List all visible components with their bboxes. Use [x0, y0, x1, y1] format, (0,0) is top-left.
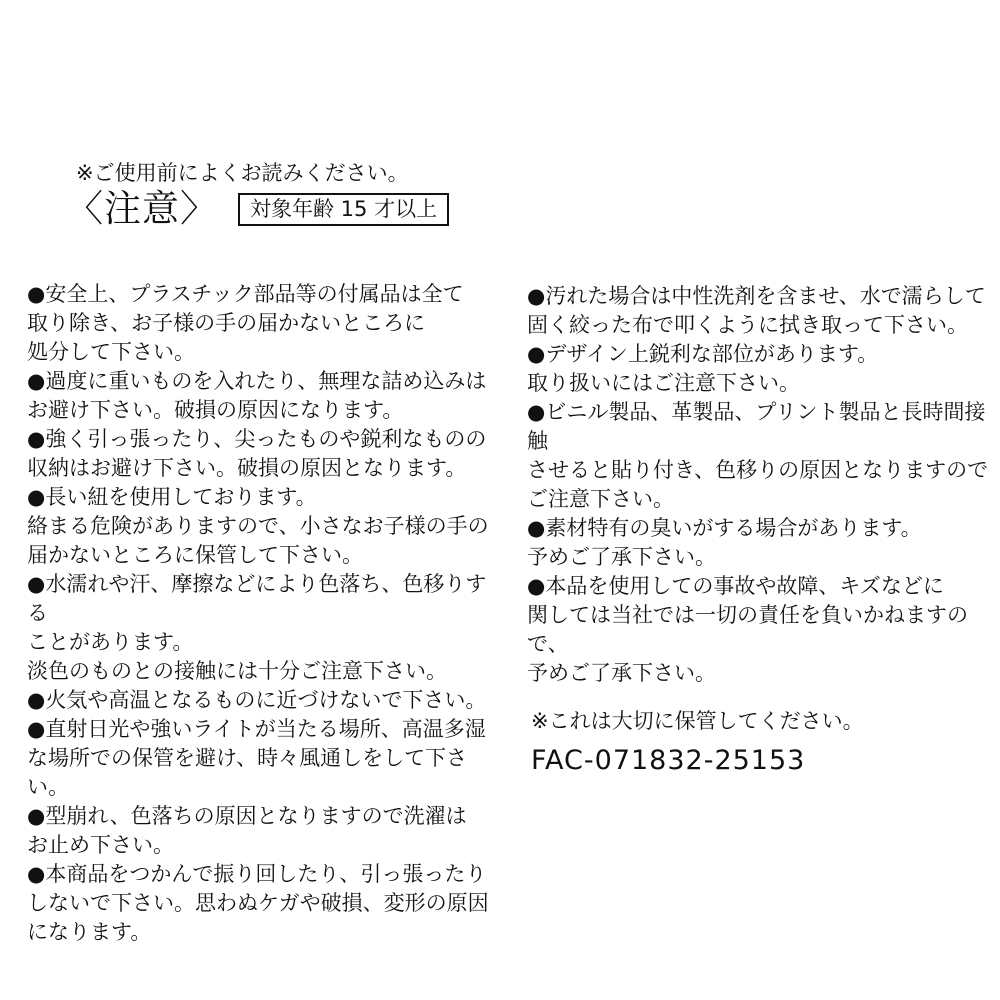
- notice-item: ●ビニル製品、革製品、プリント製品と長時間接触 させると貼り付き、色移りの原因と…: [527, 398, 995, 514]
- notice-item: ●本商品をつかんで振り回したり、引っ張ったり しないで下さい。思わぬケガや破損、…: [27, 860, 495, 947]
- notice-item: ●安全上、プラスチック部品等の付属品は全て 取り除き、お子様の手の届かないところ…: [27, 280, 495, 367]
- notice-item: ●汚れた場合は中性洗剤を含ませ、水で濡らして 固く絞った布で叩くように拭き取って…: [527, 282, 995, 340]
- notice-item: ●本品を使用しての事故や故障、キズなどに 関しては当社では一切の責任を負いかねま…: [527, 572, 995, 688]
- notice-item: ●水濡れや汗、摩擦などにより色落ち、色移りする ことがあります。 淡色のものとの…: [27, 570, 495, 686]
- caution-title: 〈注意〉: [66, 189, 218, 229]
- notice-item: ●デザイン上鋭利な部位があります。 取り扱いにはご注意下さい。: [527, 340, 995, 398]
- notice-item: ●火気や高温となるものに近づけないで下さい。: [27, 686, 495, 715]
- notice-item: ●型崩れ、色落ちの原因となりますので洗濯は お止め下さい。: [27, 802, 495, 860]
- age-restriction-box: 対象年齢 15 才以上: [238, 193, 449, 226]
- left-column: ●安全上、プラスチック部品等の付属品は全て 取り除き、お子様の手の届かないところ…: [27, 280, 495, 947]
- keep-safe-note: ※これは大切に保管してください。: [531, 708, 864, 734]
- right-column: ●汚れた場合は中性洗剤を含ませ、水で濡らして 固く絞った布で叩くように拭き取って…: [527, 282, 995, 688]
- read-before-use-note: ※ご使用前によくお読みください。: [76, 160, 449, 186]
- notice-item: ●長い紐を使用しております。 絡まる危険がありますので、小さなお子様の手の 届か…: [27, 483, 495, 570]
- header: ※ご使用前によくお読みください。 〈注意〉 対象年齢 15 才以上: [66, 160, 449, 229]
- footer: ※これは大切に保管してください。 FAC-071832-25153: [531, 708, 864, 776]
- caution-sheet: ※ご使用前によくお読みください。 〈注意〉 対象年齢 15 才以上 ●安全上、プ…: [0, 0, 1000, 1000]
- title-row: 〈注意〉 対象年齢 15 才以上: [66, 189, 449, 229]
- notice-item: ●直射日光や強いライトが当たる場所、高温多湿 な場所での保管を避け、時々風通しを…: [27, 715, 495, 802]
- product-code: FAC-071832-25153: [531, 746, 864, 776]
- notice-item: ●素材特有の臭いがする場合があります。 予めご了承下さい。: [527, 514, 995, 572]
- notice-item: ●過度に重いものを入れたり、無理な詰め込みは お避け下さい。破損の原因になります…: [27, 367, 495, 425]
- notice-item: ●強く引っ張ったり、尖ったものや鋭利なものの 収納はお避け下さい。破損の原因とな…: [27, 425, 495, 483]
